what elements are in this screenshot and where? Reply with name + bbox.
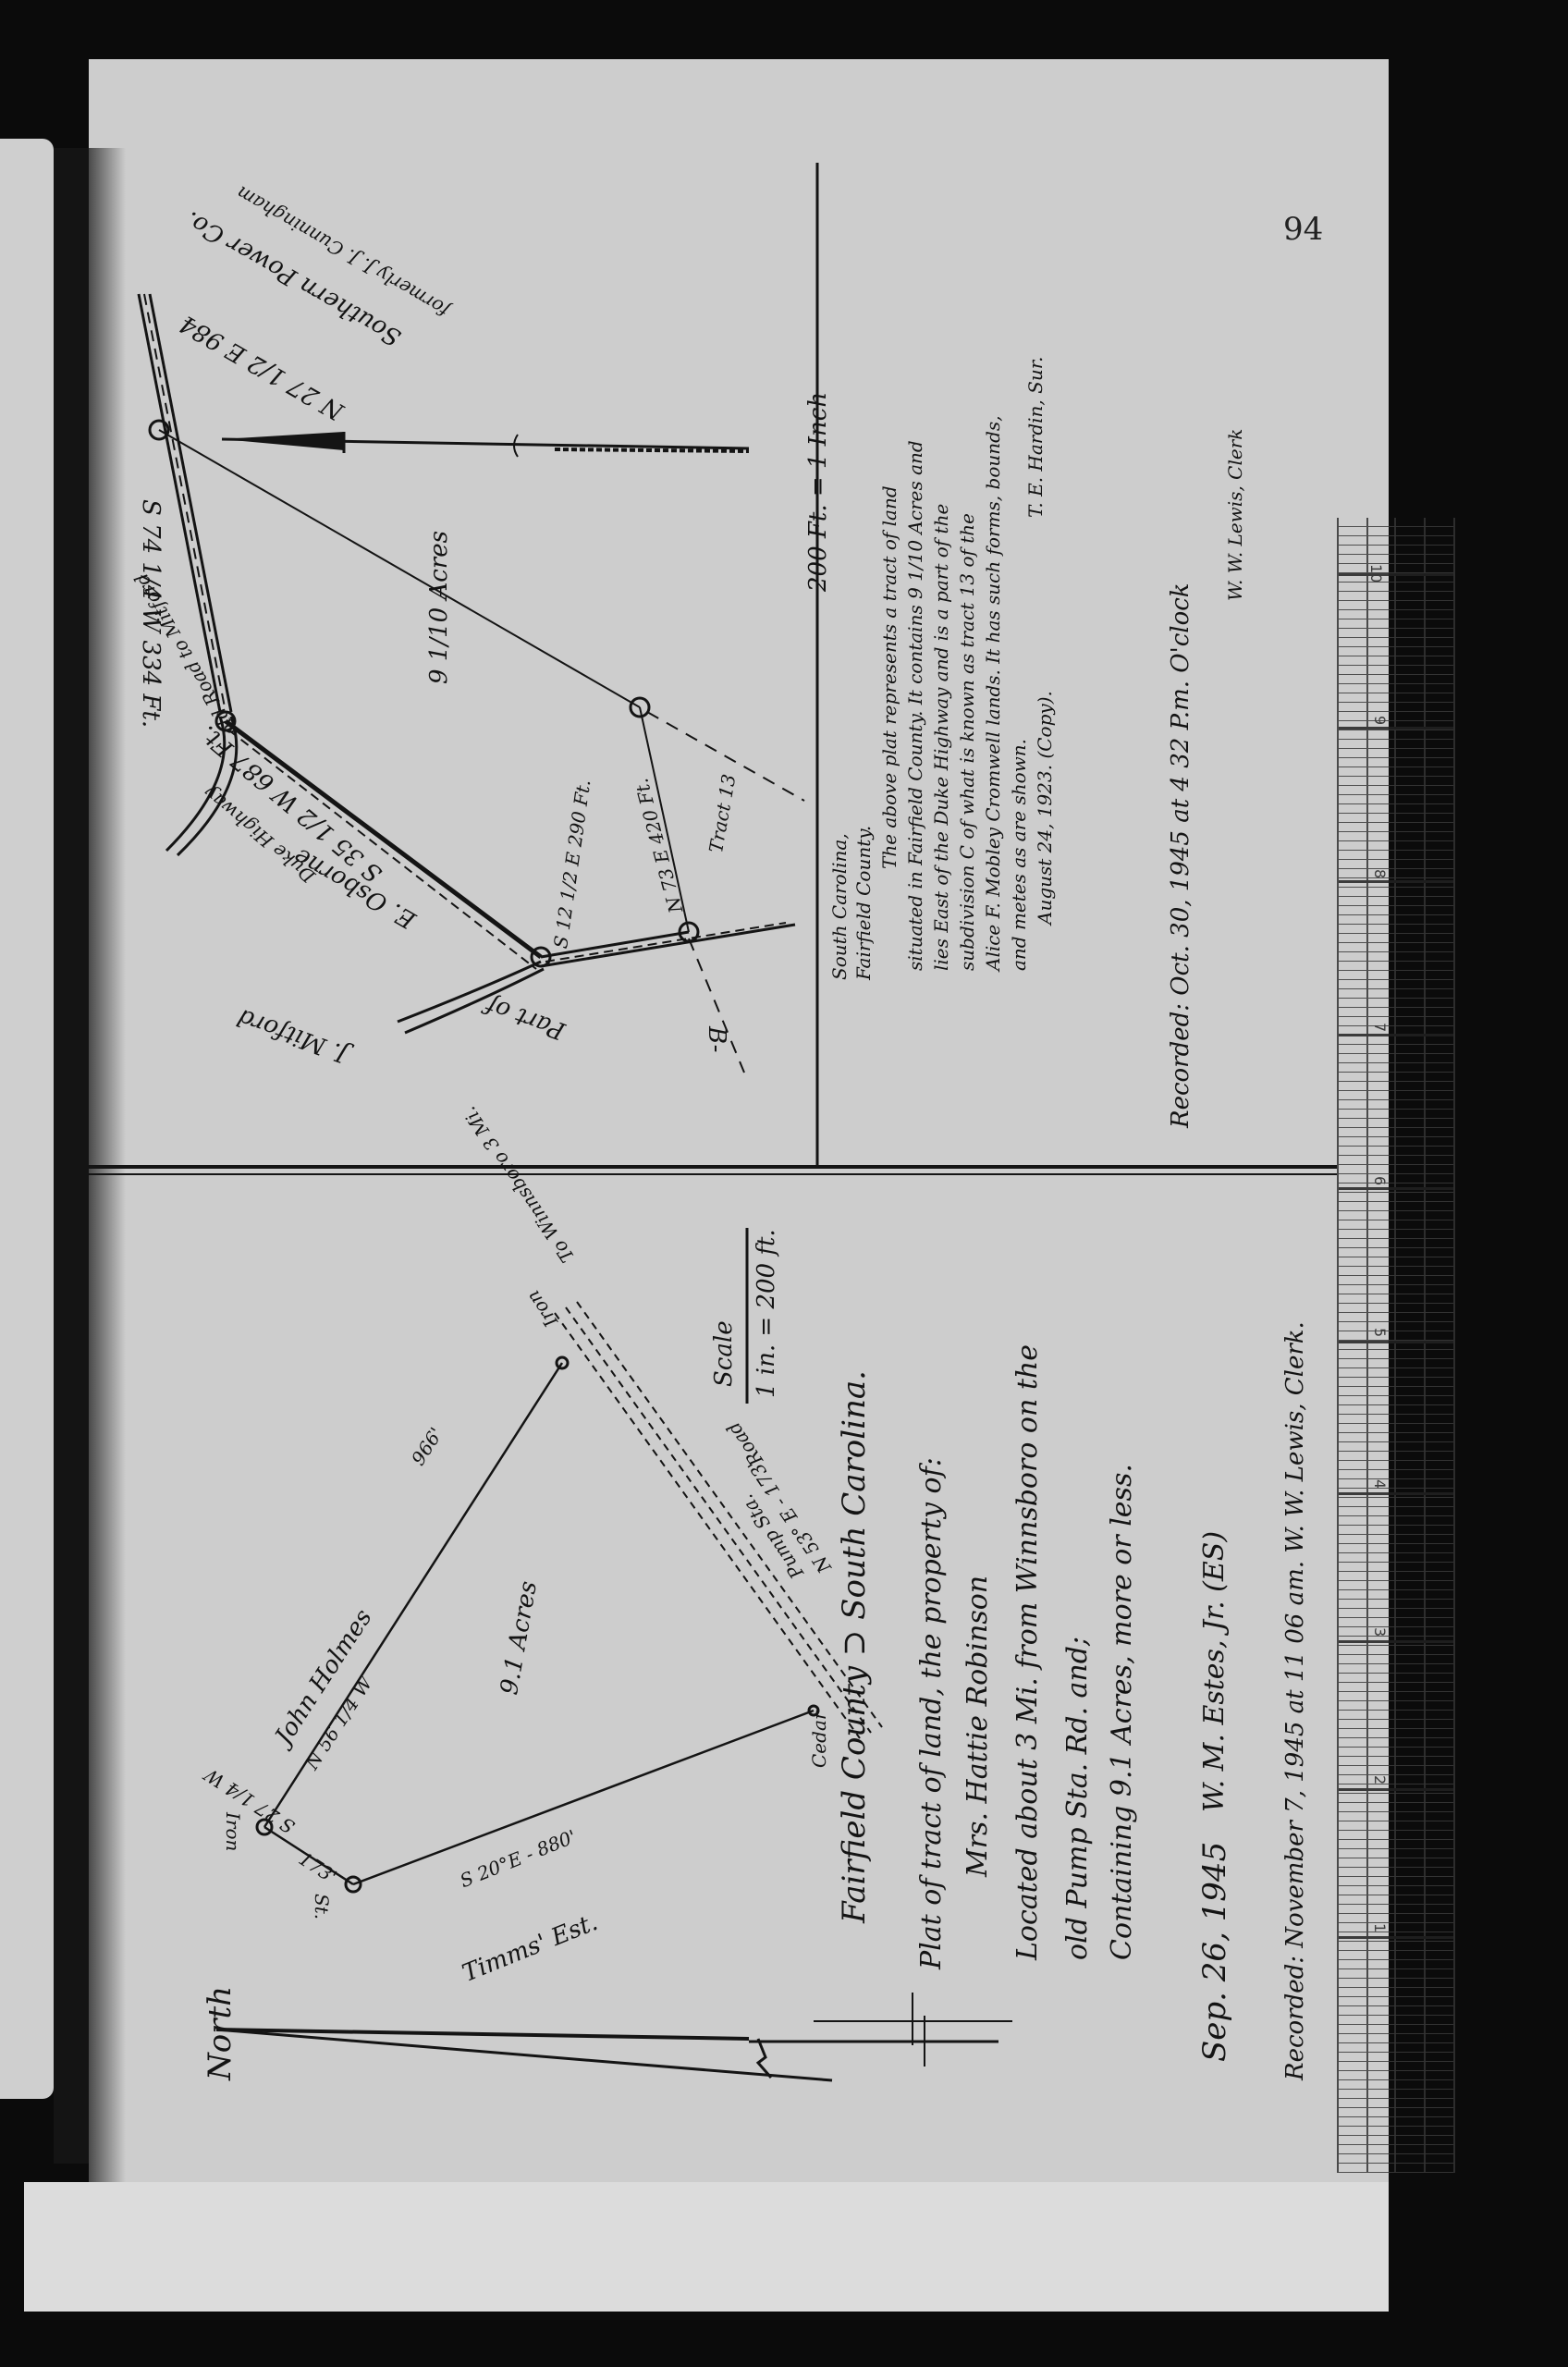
bottom-recorded: Recorded: November 7, 1945 at 11 06 am. … [1281, 1321, 1309, 2080]
ruler-mark [1339, 880, 1453, 883]
ruler-mark [1339, 1187, 1453, 1190]
ruler-label: 3 [1371, 1627, 1389, 1637]
top-area-label: 9 1/10 Acres [425, 531, 453, 684]
ruler-label: 10 [1367, 564, 1385, 583]
ruler-label: 7 [1371, 1023, 1389, 1032]
ruler-mark [1339, 1640, 1453, 1643]
ruler-mark [1339, 1492, 1453, 1495]
bottom-description-line: Containing 9.1 Acres, more or less. [1106, 1464, 1138, 1960]
bottom-description-line: Plat of tract of land, the property of: [915, 1457, 948, 1969]
measurement-ruler: 1 2 3 4 5 6 7 8 9 10 [1337, 518, 1455, 2173]
certificate-line: The above plat represents a tract of lan… [878, 485, 900, 869]
bottom-description-line: old Pump Sta. Rd. and; [1061, 1637, 1094, 1960]
corner-iron-1: Iron [222, 1812, 244, 1851]
certificate-date: August 24, 1923. (Copy). [1034, 691, 1056, 925]
ruler-mark [1339, 1936, 1453, 1939]
north-arrow-icon-bottom [216, 2016, 998, 2080]
ruler-label: 9 [1371, 716, 1389, 725]
bottom-description-owner: Mrs. Hattie Robinson [962, 1576, 994, 1877]
top-scale-label: 200 Ft. = 1 Inch [804, 392, 832, 592]
certificate-line: situated in Fairfield County. It contain… [904, 440, 926, 971]
ruler-mark [1339, 1341, 1453, 1343]
certificate-county: Fairfield County. [852, 826, 875, 980]
ruler-label: 8 [1371, 869, 1389, 878]
bottom-date: Sep. 26, 1945 [1196, 1842, 1233, 2062]
scale-value: 1 in. = 200 ft. [753, 1229, 780, 1398]
ruler-mark [1339, 1788, 1453, 1791]
corner-cedar: Cedar [808, 1711, 830, 1768]
ruler-label: 5 [1371, 1328, 1389, 1337]
certificate-surveyor: T. E. Hardin, Sur. [1024, 357, 1047, 518]
ruler-label: 2 [1371, 1775, 1389, 1784]
certificate-line: and metes as are shown. [1008, 739, 1030, 971]
certificate-line: subdivision C of what is known as tract … [956, 513, 978, 971]
ruler-label: 4 [1371, 1479, 1389, 1489]
north-arrow-icon [222, 432, 749, 457]
certificate-line: lies East of the Duke Highway and is a p… [930, 504, 952, 971]
bottom-description-line: Located about 3 Mi. from Winnsboro on th… [1011, 1344, 1044, 1960]
certificate-line: Alice F. Mobley Cromwell lands. It has s… [982, 415, 1004, 971]
ruler-label: 1 [1371, 1923, 1389, 1932]
ruler-mark [1339, 727, 1453, 730]
ruler-mark [1339, 573, 1453, 576]
certificate-state: South Carolina, [828, 833, 851, 980]
adjoiner-b: B- [703, 1026, 730, 1052]
top-recorded-clerk: W. W. Lewis, Clerk [1224, 429, 1246, 601]
top-recorded: Recorded: Oct. 30, 1945 at 4 32 P.m. O'c… [1167, 583, 1194, 1128]
ruler-label: 6 [1371, 1176, 1389, 1185]
north-label: North [202, 1986, 239, 2080]
corner-stone: St. [311, 1894, 333, 1919]
ruler-mark [1339, 1034, 1453, 1036]
bottom-location: Fairfield County ⊃ South Carolina. [836, 1370, 873, 1923]
bottom-surveyor: W. M. Estes, Jr. (ES) [1198, 1531, 1231, 1812]
scale-label: Scale [710, 1320, 738, 1387]
